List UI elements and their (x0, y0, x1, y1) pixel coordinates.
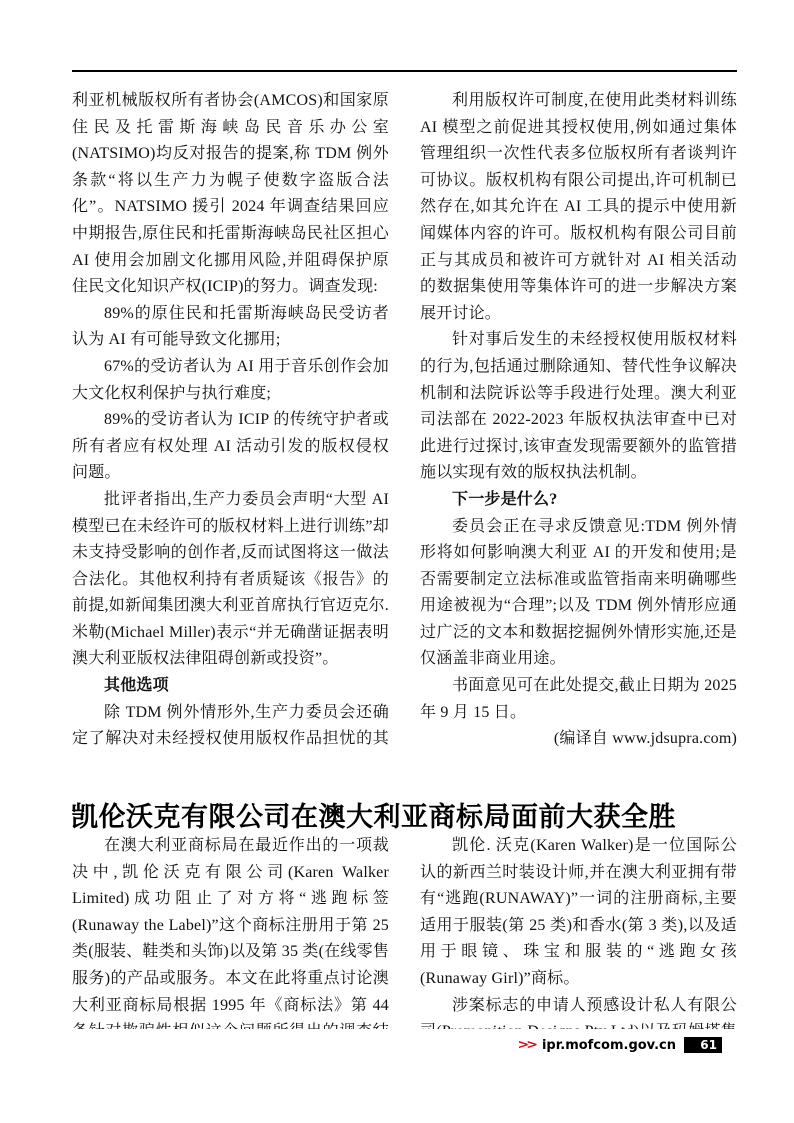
paragraph: 89%的原住民和托雷斯海峡岛民受访者认为 AI 有可能导致文化挪用; (72, 301, 389, 354)
article1-right-column: 利用版权许可制度,在使用此类材料训练 AI 模型之前促进其授权使用,例如通过集体… (420, 88, 737, 750)
double-chevron-icon: >> (517, 1038, 534, 1052)
article-tdm-exception: 利亚机械版权所有者协会(AMCOS)和国家原住民及托雷斯海峡岛民音乐办公室(NA… (72, 88, 737, 750)
article1-left-column: 利亚机械版权所有者协会(AMCOS)和国家原住民及托雷斯海峡岛民音乐办公室(NA… (72, 88, 389, 750)
subheading-whats-next: 下一步是什么? (420, 487, 737, 514)
article2-left-column: 在澳大利亚商标局在最近作出的一项裁决中,凯伦沃克有限公司(Karen Walke… (72, 833, 389, 1029)
paragraph: 除 TDM 例外情形外,生产力委员会还确定了解决对未经授权使用版权作品担忧的其他… (72, 700, 389, 750)
page-footer: >> ipr.mofcom.gov.cn 61 (517, 1037, 722, 1053)
paragraph: 针对事后发生的未经授权使用版权材料的行为,包括通过删除通知、替代性争议解决机制和… (420, 327, 737, 487)
paragraph: 利用版权许可制度,在使用此类材料训练 AI 模型之前促进其授权使用,例如通过集体… (420, 88, 737, 327)
footer-site-url: ipr.mofcom.gov.cn (542, 1038, 676, 1053)
paragraph: 89%的受访者认为 ICIP 的传统守护者或所有者应有权处理 AI 活动引发的版… (72, 407, 389, 487)
paragraph: 批评者指出,生产力委员会声明“大型 AI 模型已在未经许可的版权材料上进行训练”… (72, 487, 389, 673)
article2-headline: 凯伦沃克有限公司在澳大利亚商标局面前大获全胜 (71, 802, 751, 834)
paragraph: 涉案标志的申请人预感设计私人有限公司(Premonition Designs P… (420, 993, 737, 1029)
source-attribution: (编译自 www.jdsupra.com) (420, 726, 737, 750)
paragraph: 委员会正在寻求反馈意见:TDM 例外情形将如何影响澳大利亚 AI 的开发和使用;… (420, 514, 737, 674)
paragraph: 利亚机械版权所有者协会(AMCOS)和国家原住民及托雷斯海峡岛民音乐办公室(NA… (72, 88, 389, 301)
article2-right-column: 凯伦. 沃克(Karen Walker)是一位国际公认的新西兰时装设计师,并在澳… (420, 833, 737, 1029)
paragraph: 书面意见可在此处提交,截止日期为 2025 年 9 月 15 日。 (420, 673, 737, 726)
paragraph: 在澳大利亚商标局在最近作出的一项裁决中,凯伦沃克有限公司(Karen Walke… (72, 833, 389, 1029)
page-number-badge: 61 (684, 1037, 722, 1053)
article-karen-walker: 在澳大利亚商标局在最近作出的一项裁决中,凯伦沃克有限公司(Karen Walke… (72, 833, 737, 1029)
top-rule-divider (72, 70, 737, 72)
paragraph: 凯伦. 沃克(Karen Walker)是一位国际公认的新西兰时装设计师,并在澳… (420, 833, 737, 993)
subheading-other-options: 其他选项 (72, 673, 389, 700)
document-page: 利亚机械版权所有者协会(AMCOS)和国家原住民及托雷斯海峡岛民音乐办公室(NA… (0, 0, 794, 1123)
paragraph: 67%的受访者认为 AI 用于音乐创作会加大文化权利保护与执行难度; (72, 354, 389, 407)
